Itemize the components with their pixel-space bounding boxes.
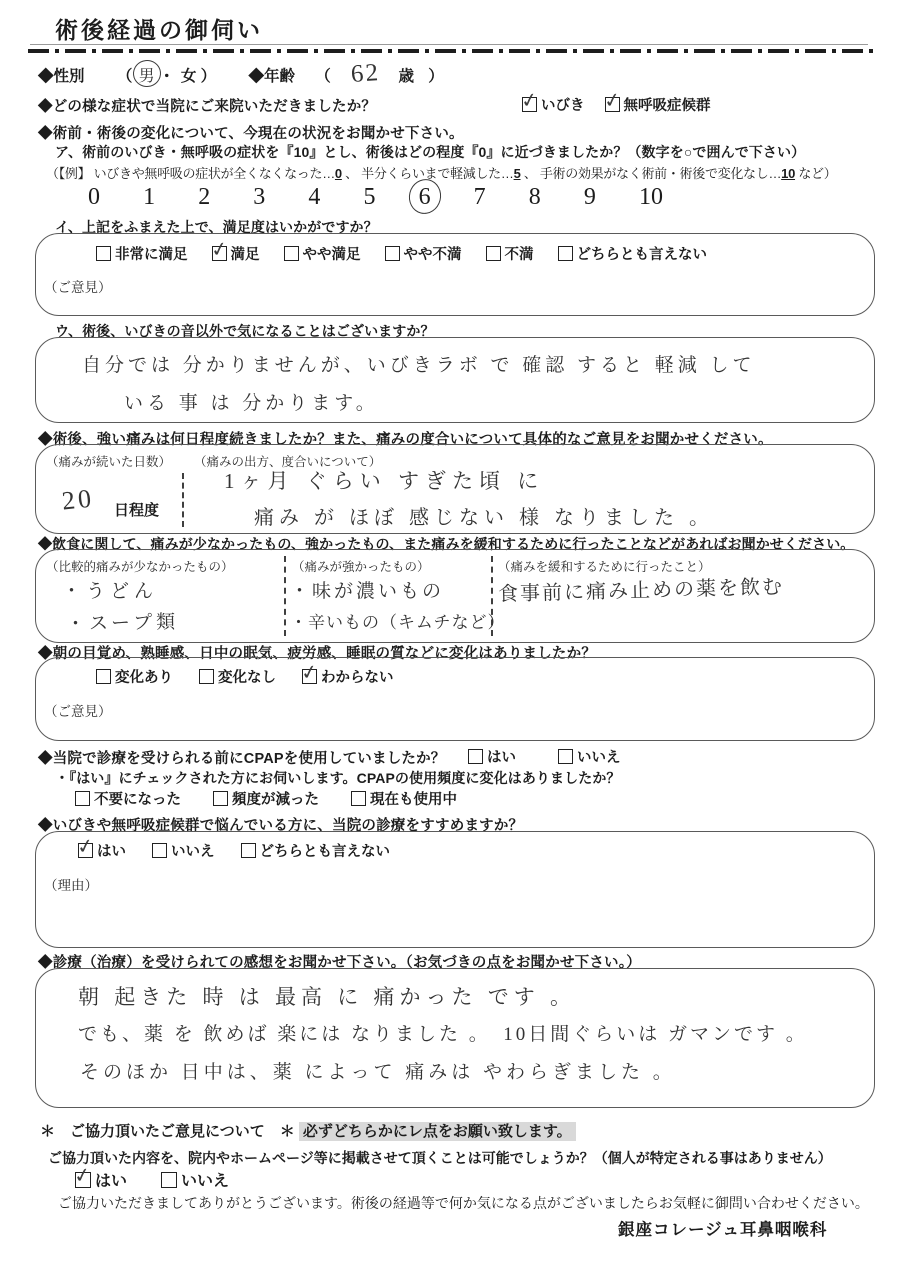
checkbox-icon <box>199 669 214 684</box>
checkbox-somewhat-dissatisfied[interactable]: やや不満 <box>385 243 462 264</box>
cpap-freq-options: 不要になった 頻度が減った 現在も使用中 <box>75 788 457 809</box>
sleep-options: 変化あり 変化なし わからない <box>96 666 394 687</box>
pain-days-label: （痛みが続いた日数） <box>46 452 171 470</box>
scale-number-3[interactable]: 3 <box>253 184 265 211</box>
checkbox-icon <box>351 791 366 806</box>
checkbox-neither[interactable]: どちらとも言えない <box>558 243 708 264</box>
pain-scale-row: 0 1 2 3 4 5 6 7 8 9 10 <box>88 184 663 211</box>
impression-box: 朝 起きた 時 は 最高 に 痛かった です 。 でも、薬 を 飲めば 楽には … <box>35 968 875 1108</box>
scale-number-8[interactable]: 8 <box>529 184 541 211</box>
food-divider-1 <box>284 556 286 636</box>
checkbox-snoring[interactable]: いびき <box>522 94 585 115</box>
questionnaire-page: 術後経過の御伺い ◆性別 （ 男 ・ 女 ） ◆年齢 （ 62 歳 ） ◆どの様… <box>0 0 900 1274</box>
checkbox-icon <box>152 843 167 858</box>
checkbox-very-satisfied[interactable]: 非常に満足 <box>96 243 188 264</box>
checkbox-icon <box>558 246 573 261</box>
handwritten-pain-days: 20 <box>61 483 96 516</box>
symptom-options: いびき 無呼吸症候群 <box>522 94 711 115</box>
gender-female: 女 <box>181 68 197 85</box>
checkbox-icon <box>605 97 620 112</box>
checkbox-publish-no[interactable]: いいえ <box>161 1168 229 1191</box>
footer-note: ＊ ご協力頂いたご意見について ＊ 必ずどちらかにレ点をお願い致します。 <box>40 1120 576 1141</box>
change-example-line: （【例】 いびきや無呼吸の症状が全くなくなった…0 、 半分くらいまで軽減した…… <box>46 163 836 182</box>
gender-separator: ・ <box>159 68 177 85</box>
sleep-comment-label: （ご意見） <box>44 700 112 720</box>
change-heading: ◆術前・術後の変化について、今現在の状況をお聞かせ下さい。 <box>38 122 464 143</box>
recommend-reason-label: （理由） <box>44 874 98 894</box>
checkbox-icon <box>213 791 228 806</box>
handwritten-food-strong-2: ・辛いもの（キムチなど） <box>290 608 506 633</box>
pain-box-divider <box>182 473 184 527</box>
scale-number-10[interactable]: 10 <box>639 184 663 211</box>
checkbox-icon <box>78 843 93 858</box>
profile-row: ◆性別 （ 男 ・ 女 ） ◆年齢 （ 62 歳 ） <box>38 60 446 88</box>
food-col1-label: （比較的痛みが少なかったもの） <box>46 557 234 575</box>
checkbox-satisfied[interactable]: 満足 <box>212 243 260 264</box>
checkbox-icon <box>96 669 111 684</box>
cpap-followup: ・『はい』にチェックされた方にお伺いします。CPAPの使用頻度に変化はありました… <box>55 768 621 788</box>
checkbox-icon <box>385 246 400 261</box>
page-title: 術後経過の御伺い <box>55 12 263 45</box>
gender-paren-open: （ <box>117 68 135 85</box>
checkbox-not-sure[interactable]: わからない <box>302 666 394 687</box>
pain-days-unit: 日程度 <box>114 499 159 520</box>
satisfaction-options: 非常に満足 満足 やや満足 やや不満 不満 どちらとも言えない <box>96 243 707 264</box>
checkbox-icon <box>212 246 227 261</box>
title-underline <box>30 44 868 45</box>
recommend-box: はい いいえ どちらとも言えない （理由） <box>35 831 875 948</box>
handwritten-concern-line2: いる 事 は 分かります。 <box>124 388 379 415</box>
scale-number-9[interactable]: 9 <box>584 184 596 211</box>
checkbox-icon <box>161 1172 177 1188</box>
checkbox-recommend-no[interactable]: いいえ <box>152 840 215 861</box>
gender-label: ◆性別 <box>38 68 85 85</box>
checkbox-less-frequent[interactable]: 頻度が減った <box>213 788 319 809</box>
checkbox-cpap-yes[interactable]: はい <box>468 746 516 767</box>
clinic-name: 銀座コレージュ耳鼻咽喉科 <box>618 1216 827 1240</box>
handwritten-impression-line1: 朝 起きた 時 は 最高 に 痛かった です 。 <box>78 981 576 1011</box>
checkbox-icon <box>284 246 299 261</box>
sleep-box: 変化あり 変化なし わからない （ご意見） <box>35 657 875 741</box>
scale-number-5[interactable]: 5 <box>363 184 375 211</box>
checkbox-changed[interactable]: 変化あり <box>96 666 173 687</box>
checkbox-recommend-neither[interactable]: どちらとも言えない <box>241 840 391 861</box>
checkbox-icon <box>75 791 90 806</box>
publish-question: ご協力頂いた内容を、院内やホームページ等に掲載させて頂くことは可能でしょうか？（… <box>48 1148 832 1168</box>
food-col2-label: （痛みが強かったもの） <box>292 557 430 575</box>
checkbox-sleep-apnea[interactable]: 無呼吸症候群 <box>605 94 711 115</box>
checkbox-icon <box>468 749 483 764</box>
publish-options: はい いいえ <box>75 1168 229 1191</box>
handwritten-pain-detail-line1: 1ヶ月 ぐらい すぎた頃 に <box>224 465 544 495</box>
symptom-question: ◆どの様な症状で当院にご来院いただきましたか？ <box>38 95 376 116</box>
handwritten-age-value: 62 <box>350 59 381 89</box>
scale-number-1[interactable]: 1 <box>143 184 155 211</box>
age-paren-open: （ <box>315 68 333 85</box>
checkbox-icon <box>75 1172 91 1188</box>
handwritten-food-relief: 食事前に痛み止めの薬を飲む <box>498 570 785 606</box>
checkbox-icon <box>241 843 256 858</box>
age-unit: 歳 <box>398 68 414 85</box>
footer-note-highlight: 必ずどちらかにレ点をお願い致します。 <box>299 1122 576 1141</box>
checkbox-somewhat-satisfied[interactable]: やや満足 <box>284 243 361 264</box>
checkbox-dissatisfied[interactable]: 不満 <box>486 243 534 264</box>
footer-thanks: ご協力いただきましてありがとうございます。術後の経過等で何か気になる点がございま… <box>58 1193 869 1213</box>
scale-number-4[interactable]: 4 <box>308 184 320 211</box>
recommend-options: はい いいえ どちらとも言えない <box>78 840 390 861</box>
satisfaction-comment-label: （ご意見） <box>44 276 112 296</box>
handwritten-concern-line1: 自分では 分かりませんが、いびきラボ で 確認 すると 軽減 して <box>82 350 756 377</box>
checkbox-icon <box>522 97 537 112</box>
handwritten-food-strong-1: ・味が濃いもの <box>290 576 444 603</box>
handwritten-impression-line2: でも、薬 を 飲めば 楽には なりました 。 10日間ぐらいは ガマンです 。 <box>78 1019 808 1046</box>
scale-number-2[interactable]: 2 <box>198 184 210 211</box>
checkbox-icon <box>486 246 501 261</box>
food-box: （比較的痛みが少なかったもの） （痛みが強かったもの） （痛みを緩和するために行… <box>35 549 875 643</box>
checkbox-no-longer-needed[interactable]: 不要になった <box>75 788 181 809</box>
checkbox-icon <box>96 246 111 261</box>
scale-number-7[interactable]: 7 <box>474 184 486 211</box>
checkbox-still-using[interactable]: 現在も使用中 <box>351 788 457 809</box>
handwritten-food-mild-2: ・スープ類 <box>66 607 180 636</box>
checkbox-recommend-yes[interactable]: はい <box>78 840 126 861</box>
cpap-question: ◆当院で診療を受けられる前にCPAPを使用していましたか？ <box>38 747 446 768</box>
scale-number-6-circled[interactable]: 6 <box>419 184 431 211</box>
checkbox-icon <box>558 749 573 764</box>
satisfaction-box: 非常に満足 満足 やや満足 やや不満 不満 どちらとも言えない （ご意見） <box>35 233 875 316</box>
scale-number-0[interactable]: 0 <box>88 184 100 211</box>
age-label: ◆年齢 <box>248 68 295 85</box>
checkbox-icon <box>302 669 317 684</box>
checkbox-no-change[interactable]: 変化なし <box>199 666 276 687</box>
age-paren-close: ） <box>428 68 446 85</box>
change-sub-question: ア、術前のいびき・無呼吸の症状を『10』とし、術後はどの程度『0』に近づきました… <box>55 142 805 162</box>
gender-male-circled: 男 <box>139 63 155 86</box>
checkbox-cpap-no[interactable]: いいえ <box>558 746 621 767</box>
cpap-options: はい いいえ <box>468 746 621 767</box>
dash-divider <box>28 49 876 53</box>
handwritten-pain-detail-line2: 痛み が ほぼ 感じない 様 なりました 。 <box>254 501 714 530</box>
pain-box: （痛みが続いた日数） （痛みの出方、度合いについて） 20 日程度 1ヶ月 ぐら… <box>35 444 875 534</box>
other-concern-box: 自分では 分かりませんが、いびきラボ で 確認 すると 軽減 して いる 事 は… <box>35 337 875 423</box>
handwritten-food-mild-1: ・うどん <box>62 576 158 603</box>
checkbox-publish-yes[interactable]: はい <box>75 1168 127 1191</box>
gender-paren-close: ） <box>201 68 219 85</box>
handwritten-impression-line3: そのほか 日中は、薬 によって 痛みは やわらぎました 。 <box>80 1057 676 1084</box>
